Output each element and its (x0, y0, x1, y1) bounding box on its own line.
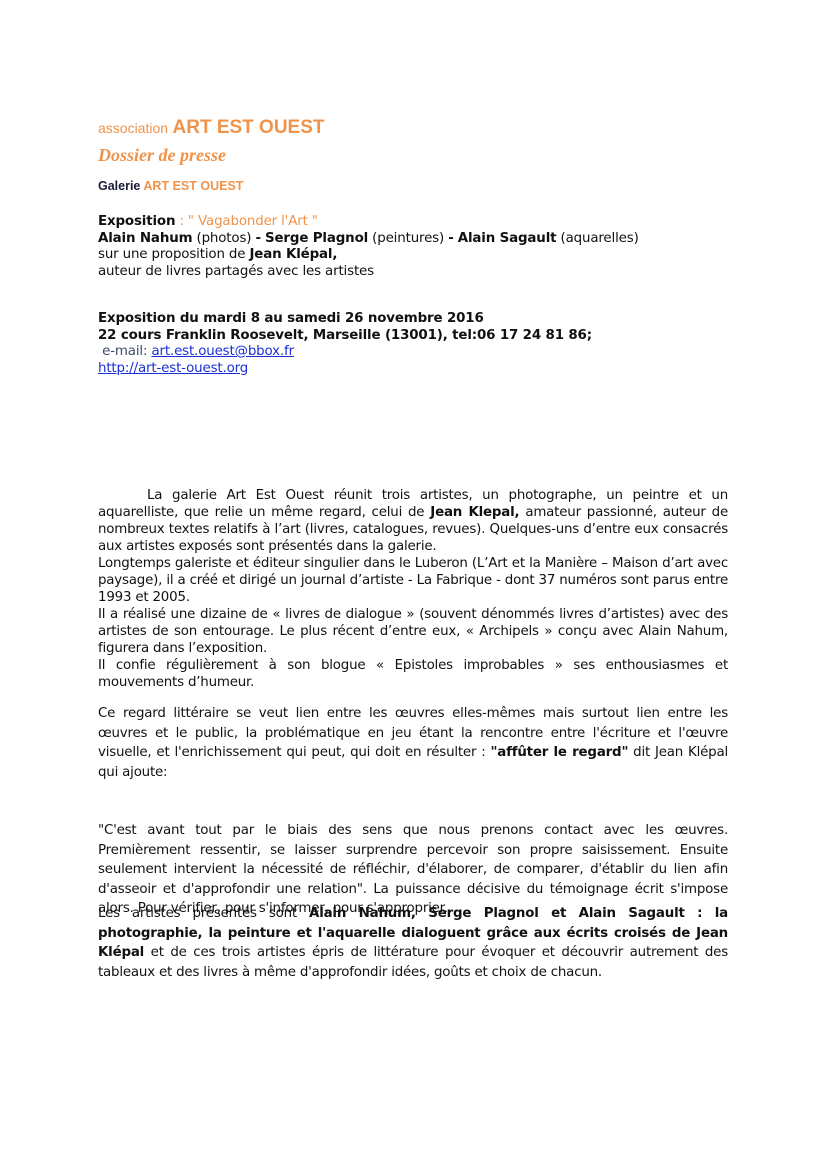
email-link[interactable]: art.est.ouest@bbox.fr (151, 344, 294, 359)
books-text: Il a réalisé une dizaine de « livres de … (98, 606, 728, 657)
association-heading: association ART EST OUEST (98, 117, 325, 139)
email-line: e-mail: art.est.ouest@bbox.fr (98, 344, 592, 361)
curator-role: auteur de livres partagés avec les artis… (98, 264, 639, 281)
regard-paragraph: Ce regard littéraire se veut lien entre … (98, 704, 728, 782)
artist-2: Serge Plagnol (265, 231, 368, 246)
curator-name: Jean Klépal, (249, 247, 337, 262)
association-prefix: association (98, 120, 168, 136)
galerie-name: ART EST OUEST (143, 179, 243, 193)
galerie-prefix: Galerie (98, 179, 140, 193)
artists-line: Alain Nahum (photos) - Serge Plagnol (pe… (98, 231, 639, 248)
document-page: association ART EST OUEST Dossier de pre… (0, 0, 826, 1169)
artist-1: Alain Nahum (98, 231, 192, 246)
proposal-prefix: sur une proposition de (98, 247, 245, 262)
proposal-line: sur une proposition de Jean Klépal, (98, 247, 639, 264)
exhibition-dates: Exposition du mardi 8 au samedi 26 novem… (98, 311, 484, 326)
artist-3-medium: (aquarelles) (561, 231, 639, 246)
galerie-heading: Galerie ART EST OUEST (98, 179, 243, 193)
contact-info: Exposition du mardi 8 au samedi 26 novem… (98, 311, 592, 377)
email-label: e-mail: (102, 344, 147, 359)
exhibition-title: : " Vagabonder l'Art " (179, 214, 317, 229)
regard-quote-bold: "affûter le regard" (490, 745, 628, 760)
artists-prefix: Les artistes présentés sont (98, 906, 309, 921)
artists-paragraph: Les artistes présentés sont Alain Nahum,… (98, 904, 728, 982)
artists-end: et de ces trois artistes épris de littér… (98, 945, 728, 980)
website-link[interactable]: http://art-est-ouest.org (98, 361, 248, 376)
artist-3: Alain Sagault (458, 231, 557, 246)
gallery-address: 22 cours Franklin Roosevelt, Marseille (… (98, 328, 592, 343)
intro-paragraph: La galerie Art Est Ouest réunit trois ar… (98, 487, 728, 691)
exhibition-title-line: Exposition : " Vagabonder l'Art " (98, 214, 639, 231)
press-kit-title: Dossier de presse (98, 145, 226, 166)
career-text: Longtemps galeriste et éditeur singulier… (98, 555, 728, 606)
exhibition-info: Exposition : " Vagabonder l'Art " Alain … (98, 214, 639, 280)
blog-text: Il confie régulièrement à son blogue « E… (98, 657, 728, 691)
separator: - (448, 231, 453, 246)
artist-2-medium: (peintures) (372, 231, 444, 246)
association-name: ART EST OUEST (173, 117, 325, 138)
artist-1-medium: (photos) (197, 231, 252, 246)
separator: - (255, 231, 260, 246)
exhibition-label: Exposition (98, 214, 175, 229)
curator-name-bold: Jean Klepal, (430, 505, 519, 520)
